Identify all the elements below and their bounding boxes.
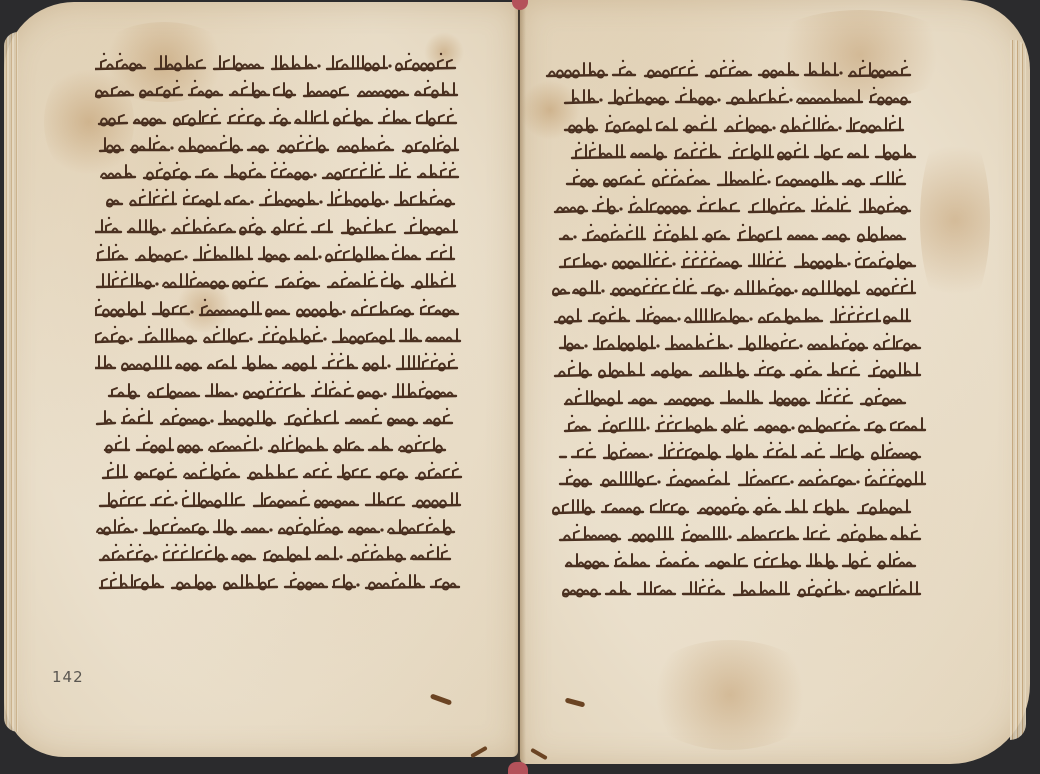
text-line: [545, 328, 945, 355]
text-line: [95, 457, 465, 484]
syriac-script-icon: [95, 134, 468, 158]
text-line: [545, 546, 945, 573]
right-page-edges: [1010, 40, 1026, 740]
syriac-script-icon: [95, 216, 467, 240]
spine-binding-bottom: [508, 762, 528, 774]
text-line: [545, 137, 945, 164]
syriac-script-icon: [95, 407, 462, 431]
text-line: [95, 485, 465, 512]
syriac-script-icon: [95, 352, 467, 376]
syriac-script-icon: [545, 277, 925, 301]
syriac-script-icon: [95, 243, 464, 267]
syriac-script-icon: [545, 223, 915, 247]
manuscript-photo: 142: [0, 0, 1040, 774]
text-line: [95, 321, 465, 348]
left-page-edges: [4, 32, 18, 732]
syriac-script-icon: [545, 195, 920, 219]
syriac-script-icon: [545, 250, 925, 274]
syriac-script-icon: [545, 114, 913, 138]
gutter: [514, 0, 526, 774]
text-line: [95, 403, 465, 430]
syriac-script-icon: [545, 468, 935, 492]
syriac-script-icon: [95, 489, 470, 513]
text-line: [95, 212, 465, 239]
text-line: [545, 574, 945, 601]
syriac-script-icon: [545, 550, 925, 574]
syriac-script-icon: [95, 270, 465, 294]
syriac-script-icon: [95, 52, 465, 76]
text-line: [95, 512, 465, 539]
text-line: [545, 301, 945, 328]
text-line: [545, 410, 945, 437]
syriac-script-icon: [545, 86, 920, 110]
text-line: [545, 219, 945, 246]
syriac-script-icon: [95, 380, 466, 404]
text-line: [95, 239, 465, 266]
syriac-script-icon: [95, 325, 470, 349]
text-line: [95, 75, 465, 102]
syriac-script-icon: [545, 414, 935, 438]
syriac-script-icon: [95, 161, 468, 185]
syriac-script-icon: [545, 168, 915, 192]
text-line: [545, 355, 945, 382]
text-line: [95, 48, 465, 75]
syriac-script-icon: [545, 578, 930, 602]
text-line: [95, 103, 465, 130]
text-line: [545, 437, 945, 464]
text-line: [95, 294, 465, 321]
syriac-script-icon: [95, 79, 467, 103]
syriac-script-icon: [545, 141, 925, 165]
syriac-script-icon: [545, 59, 920, 83]
text-line: [545, 383, 945, 410]
text-line: [95, 376, 465, 403]
syriac-script-icon: [545, 359, 930, 383]
syriac-script-icon: [545, 496, 920, 520]
text-line: [95, 539, 465, 566]
text-line: [95, 348, 465, 375]
folio-number: 142: [52, 668, 84, 686]
text-line: [545, 110, 945, 137]
text-line: [95, 130, 465, 157]
syriac-script-icon: [545, 441, 930, 465]
syriac-script-icon: [95, 107, 466, 131]
text-line: [95, 567, 465, 594]
text-line: [545, 464, 945, 491]
text-line: [545, 191, 945, 218]
syriac-script-icon: [545, 387, 915, 411]
text-line: [95, 430, 465, 457]
syriac-script-icon: [545, 305, 920, 329]
text-line: [545, 82, 945, 109]
syriac-script-icon: [95, 298, 468, 322]
right-page-text: [545, 55, 945, 601]
text-line: [95, 266, 465, 293]
text-line: [545, 55, 945, 82]
text-line: [545, 492, 945, 519]
syriac-script-icon: [95, 571, 469, 595]
text-line: [545, 273, 945, 300]
syriac-script-icon: [95, 461, 471, 485]
syriac-script-icon: [95, 543, 460, 567]
text-line: [545, 246, 945, 273]
water-stain: [640, 640, 820, 750]
text-line: [545, 519, 945, 546]
text-line: [95, 184, 465, 211]
syriac-script-icon: [95, 516, 464, 540]
syriac-script-icon: [95, 434, 455, 458]
syriac-script-icon: [545, 523, 930, 547]
left-page-text: [95, 48, 465, 594]
syriac-script-icon: [95, 188, 464, 212]
text-line: [95, 157, 465, 184]
syriac-script-icon: [545, 332, 930, 356]
text-line: [545, 164, 945, 191]
